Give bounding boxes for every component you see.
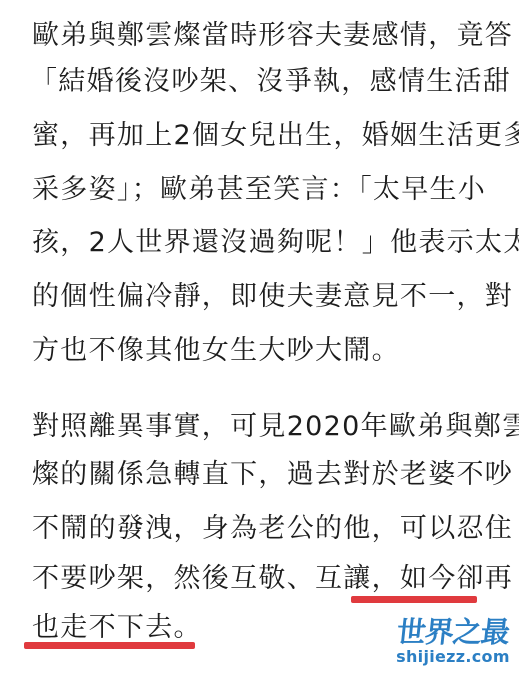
watermark-logo: 世界之最 shijiezz.com — [393, 616, 513, 666]
text-line: 燦的關係急轉直下，過去對於老婆不吵 — [32, 459, 513, 491]
text-line: 不要吵架，然後互敬、互讓，如今卻再 — [32, 563, 513, 595]
highlight-underline-2 — [24, 642, 195, 649]
text-line: 歐弟與鄭雲燦當時形容夫妻感情，竟答 — [32, 20, 513, 52]
text-line: 「結婚後沒吵架、沒爭執，感情生活甜 — [30, 66, 511, 98]
highlight-underline-1 — [351, 596, 477, 603]
watermark-title: 世界之最 — [391, 616, 514, 648]
text-line: 不鬧的發洩，身為老公的他，可以忍住 — [32, 513, 513, 545]
watermark-url: shijiezz.com — [393, 648, 513, 666]
text-line: 蜜，再加上2個女兒出生，婚姻生活更多 — [32, 120, 519, 152]
text-line: 采多姿」；歐弟甚至笑言：「太早生小 — [32, 174, 486, 206]
text-line: 對照離異事實，可見2020年歐弟與鄭雲 — [32, 411, 519, 443]
text-line: 方也不像其他女生大吵大鬧。 — [32, 335, 400, 367]
text-line: 孩，2人世界還沒過夠呢！」他表示太太 — [32, 227, 519, 259]
text-line: 也走不下去。 — [32, 612, 202, 644]
text-line: 的個性偏冷靜，即使夫妻意見不一，對 — [32, 281, 513, 313]
